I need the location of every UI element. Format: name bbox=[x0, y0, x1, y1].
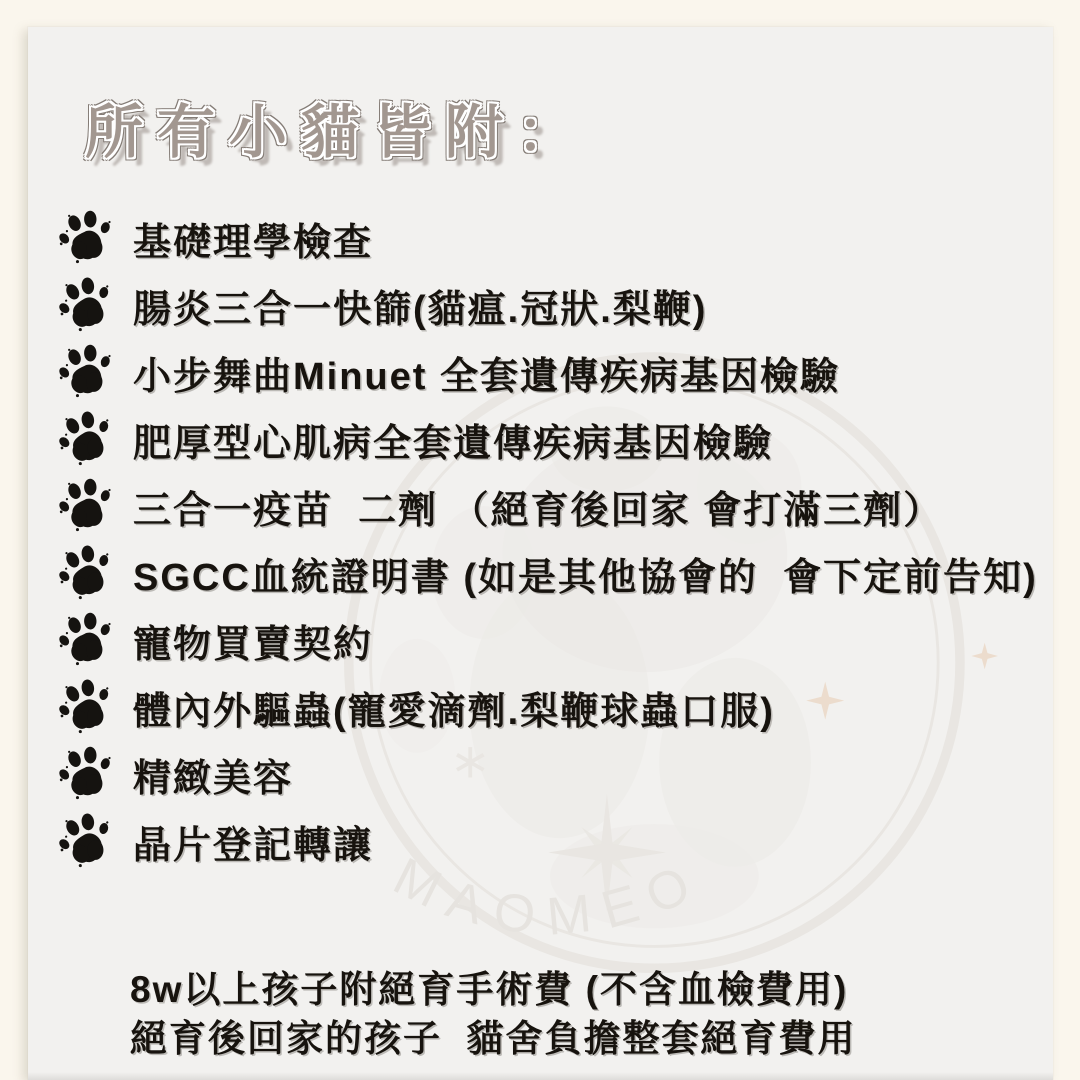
list-item: 基礎理學檢查 bbox=[55, 205, 1055, 272]
page-title: 所有小貓皆附： bbox=[85, 85, 589, 169]
list-item: 寵物買賣契約 bbox=[55, 607, 1055, 674]
list-item: 晶片登記轉讓 bbox=[55, 808, 1055, 875]
paw-print-icon bbox=[51, 673, 122, 742]
list-item: 三合一疫苗 二劑 （絕育後回家 會打滿三劑） bbox=[55, 473, 1055, 540]
list-item: 小步舞曲Minuet 全套遺傳疾病基因檢驗 bbox=[55, 339, 1055, 406]
list-item-text: 精緻美容 bbox=[133, 747, 293, 802]
list-item-text: 肥厚型心肌病全套遺傳疾病基因檢驗 bbox=[133, 412, 773, 467]
paw-print-icon bbox=[51, 539, 122, 608]
list-item: 腸炎三合一快篩(貓瘟.冠狀.梨鞭) bbox=[55, 272, 1055, 339]
paw-print-icon bbox=[51, 405, 122, 474]
list-item: 體內外驅蟲(寵愛滴劑.梨鞭球蟲口服) bbox=[55, 674, 1055, 741]
list-item-text: 腸炎三合一快篩(貓瘟.冠狀.梨鞭) bbox=[133, 278, 707, 333]
list-item-text: 基礎理學檢查 bbox=[133, 211, 373, 266]
paw-print-icon bbox=[55, 342, 119, 404]
checklist: 基礎理學檢查 腸炎三合一快篩(貓瘟.冠狀.梨鞭) 小步舞曲Minuet 全套遺傳… bbox=[55, 205, 1055, 875]
footer-line-1: 8w以上孩子附絕育手術費 (不含血檢費用) bbox=[130, 965, 857, 1014]
poster-background: { "header": { "title": "所有小貓皆附：" }, "lis… bbox=[0, 0, 1080, 1080]
paw-print-icon bbox=[55, 610, 119, 672]
list-item: 肥厚型心肌病全套遺傳疾病基因檢驗 bbox=[55, 406, 1055, 473]
list-item-text: 小步舞曲Minuet 全套遺傳疾病基因檢驗 bbox=[133, 345, 840, 400]
list-item: SGCC血統證明書 (如是其他協會的 會下定前告知) bbox=[55, 540, 1055, 607]
list-item: 精緻美容 bbox=[55, 741, 1055, 808]
footer-line-2: 絕育後回家的孩子 貓舍負擔整套絕育費用 bbox=[130, 1014, 857, 1063]
paw-print-icon bbox=[51, 807, 122, 876]
list-item-text: 晶片登記轉讓 bbox=[133, 814, 373, 869]
list-item-text: 寵物買賣契約 bbox=[133, 613, 373, 668]
list-item-text: 體內外驅蟲(寵愛滴劑.梨鞭球蟲口服) bbox=[133, 680, 775, 735]
paw-print-icon bbox=[55, 476, 119, 538]
poster-card: MAOMEOW 所有小貓皆附： 基礎理學檢查 腸炎三合一快篩(貓瘟.冠狀.梨鞭)… bbox=[28, 27, 1053, 1080]
footer-note: 8w以上孩子附絕育手術費 (不含血檢費用) 絕育後回家的孩子 貓舍負擔整套絕育費… bbox=[130, 965, 857, 1063]
list-item-text: 三合一疫苗 二劑 （絕育後回家 會打滿三劑） bbox=[133, 479, 943, 534]
paw-print-icon bbox=[51, 271, 122, 340]
paw-print-icon bbox=[55, 208, 119, 270]
list-item-text: SGCC血統證明書 (如是其他協會的 會下定前告知) bbox=[133, 546, 1038, 601]
paw-print-icon bbox=[55, 744, 119, 806]
